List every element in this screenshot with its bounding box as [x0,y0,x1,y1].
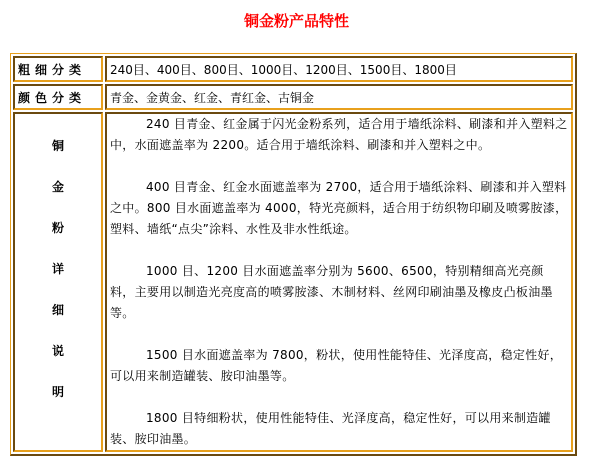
vertical-label-char: 详 [18,262,98,277]
vertical-label-char: 明 [18,385,98,400]
color-label: 颜色分类 [13,84,103,110]
vertical-label-char: 说 [18,344,98,359]
vertical-label-char: 铜 [18,139,98,154]
color-value: 青金、金黄金、红金、青红金、古铜金 [105,84,573,110]
table-row-color: 颜色分类 青金、金黄金、红金、青红金、古铜金 [13,84,573,110]
fineness-value: 240目、400目、800目、1000目、1200目、1500目、1800目 [105,56,573,82]
description-paragraph-1000-1200: 1000 目、1200 目水面遮盖率分别为 5600、6500，特别精细高光亮颜… [110,261,568,324]
table-row-details: 铜 金 粉 详 细 说 明 240 目青金、红金属于闪光金粉系列，适合用于墙纸涂… [13,112,573,452]
vertical-label-char: 金 [18,180,98,195]
description-paragraph-400-800: 400 目青金、红金水面遮盖率为 2700，适合用于墙纸涂料、刷漆和并入塑料之中… [110,177,568,240]
vertical-label-char: 粉 [18,221,98,236]
details-vertical-label: 铜 金 粉 详 细 说 明 [13,112,103,452]
vertical-label-char: 细 [18,303,98,318]
description-paragraph-1500: 1500 目水面遮盖率为 7800，粉状，使用性能特佳、光泽度高，稳定性好，可以… [110,345,568,387]
fineness-label: 粗细分类 [13,56,103,82]
table-row-fineness: 粗细分类 240目、400目、800目、1000目、1200目、1500目、18… [13,56,573,82]
description-paragraph-1800: 1800 目特细粉状，使用性能特佳、光泽度高，稳定性好，可以用来制造罐装、胺印油… [110,408,568,450]
product-spec-table: 粗细分类 240目、400目、800目、1000目、1200目、1500目、18… [10,53,577,456]
description-paragraph-240: 240 目青金、红金属于闪光金粉系列，适合用于墙纸涂料、刷漆和并入塑料之中，水面… [110,114,568,156]
details-description: 240 目青金、红金属于闪光金粉系列，适合用于墙纸涂料、刷漆和并入塑料之中，水面… [105,112,573,452]
page-title: 铜金粉产品特性 [0,11,593,31]
